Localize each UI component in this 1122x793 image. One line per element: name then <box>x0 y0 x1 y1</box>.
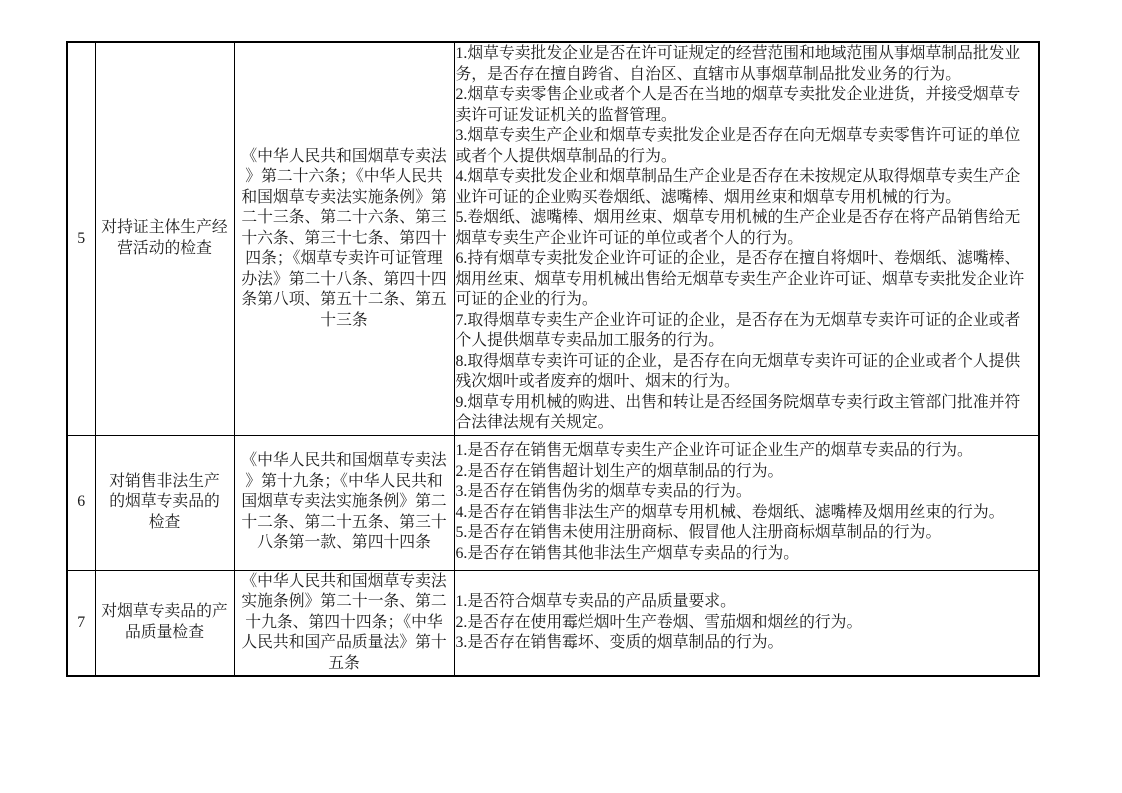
inspection-table: 5 对持证主体生产经 营活动的检查 《中华人民共和国烟草专卖法 》第二十六条；《… <box>66 41 1040 677</box>
inspection-content: 1.是否存在销售无烟草专卖生产企业许可证企业生产的烟草专卖品的行为。 2.是否存… <box>454 435 1039 570</box>
inspection-item: 对烟草专卖品的产 品质量检查 <box>95 570 234 676</box>
inspection-content: 1.烟草专卖批发企业是否在许可证规定的经营范围和地域范围从事烟草制品批发业 务，… <box>454 42 1039 435</box>
inspection-item: 对持证主体生产经 营活动的检查 <box>95 42 234 435</box>
row-number: 5 <box>67 42 95 435</box>
row-number: 7 <box>67 570 95 676</box>
row-number: 6 <box>67 435 95 570</box>
legal-basis: 《中华人民共和国烟草专卖法 》第二十六条；《中华人民共 和国烟草专卖法实施条例》… <box>234 42 454 435</box>
inspection-item: 对销售非法生产 的烟草专卖品的 检查 <box>95 435 234 570</box>
table-row-5: 5 对持证主体生产经 营活动的检查 《中华人民共和国烟草专卖法 》第二十六条；《… <box>67 42 1039 435</box>
inspection-content: 1.是否符合烟草专卖品的产品质量要求。 2.是否存在使用霉烂烟叶生产卷烟、雪茄烟… <box>454 570 1039 676</box>
table-row-6: 6 对销售非法生产 的烟草专卖品的 检查 《中华人民共和国烟草专卖法 》第十九条… <box>67 435 1039 570</box>
table-row-7: 7 对烟草专卖品的产 品质量检查 《中华人民共和国烟草专卖法 实施条例》第二十一… <box>67 570 1039 676</box>
legal-basis: 《中华人民共和国烟草专卖法 》第十九条；《中华人民共和 国烟草专卖法实施条例》第… <box>234 435 454 570</box>
document-page: 5 对持证主体生产经 营活动的检查 《中华人民共和国烟草专卖法 》第二十六条；《… <box>0 0 1122 793</box>
legal-basis: 《中华人民共和国烟草专卖法 实施条例》第二十一条、第二 十九条、第四十四条；《中… <box>234 570 454 676</box>
